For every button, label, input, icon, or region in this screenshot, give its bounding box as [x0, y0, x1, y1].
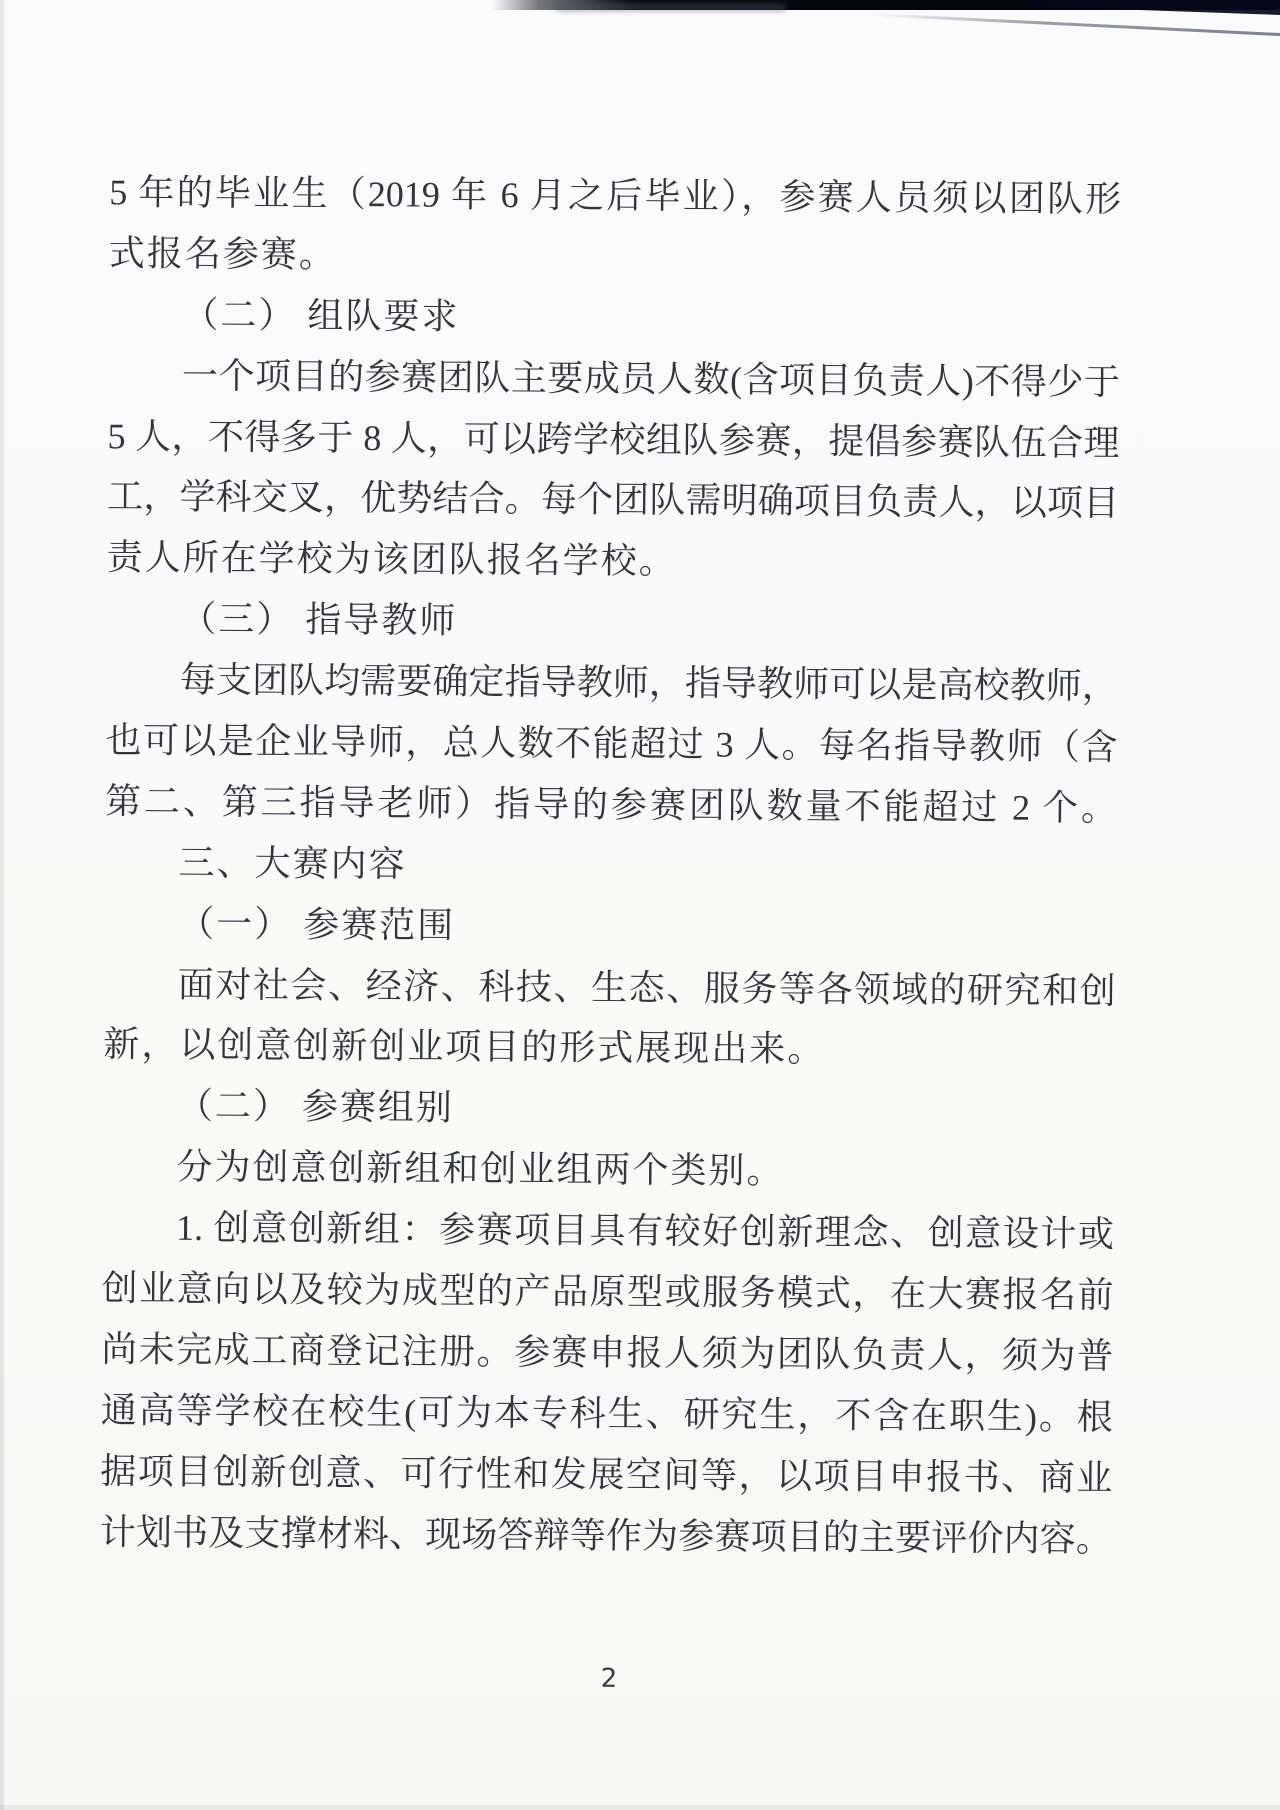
text-line: 计划书及支撑材料、现场答辩等作为参赛项目的主要评价内容。	[100, 1502, 1112, 1570]
document-body: 5 年的毕业生（2019 年 6 月之后毕业），参赛人员须以团队形式报名参赛。（…	[100, 162, 1122, 1570]
text-line: 尚未完成工商登记注册。参赛申报人须为团队负责人，须为普	[101, 1319, 1113, 1387]
scan-artifact-left-edge	[0, 0, 4, 1810]
text-line: 责人所在学校为该团队报名学校。	[107, 528, 1119, 596]
text-line: 5 年的毕业生（2019 年 6 月之后毕业），参赛人员须以团队形	[109, 162, 1121, 230]
text-line: 5 人，不得多于 8 人，可以跨学校组队参赛，提倡参赛队伍合理分	[107, 406, 1119, 474]
text-line: 一个项目的参赛团队主要成员人数(含项目负责人)不得少于	[108, 345, 1120, 413]
scanned-page: { "page": { "number": "2", "paper_color"…	[0, 0, 1280, 1810]
text-line: 创业意向以及较为成型的产品原型或服务模式，在大赛报名前	[101, 1258, 1113, 1326]
text-line: 据项目创新创意、可行性和发展空间等，以项目申报书、商业	[100, 1441, 1112, 1509]
text-line: （一） 参赛范围	[104, 893, 1116, 961]
text-line: 三、大赛内容	[104, 832, 1116, 900]
text-line: （二） 组队要求	[108, 284, 1120, 352]
page-number: 2	[0, 1660, 1223, 1699]
text-line: 1. 创意创新组：参赛项目具有较好创新理念、创意设计或	[102, 1197, 1114, 1265]
text-line: 新，以创意创新创业项目的形式展现出来。	[103, 1015, 1115, 1083]
text-line: 第二、第三指导老师）指导的参赛团队数量不能超过 2 个。	[105, 771, 1117, 839]
text-line: （二） 参赛组别	[103, 1076, 1115, 1144]
text-line: （三） 指导教师	[106, 589, 1118, 657]
text-line: 分为创意创新组和创业组两个类别。	[102, 1137, 1114, 1205]
text-line: 也可以是企业导师，总人数不能超过 3 人。每名指导教师（含	[105, 710, 1117, 778]
scan-artifact-bottom-edge	[0, 1805, 1280, 1810]
text-line: 式报名参赛。	[109, 223, 1121, 291]
text-line: 通高等学校在校生(可为本专科生、研究生，不含在职生)。根	[101, 1380, 1113, 1448]
text-line: 每支团队均需要确定指导教师，指导教师可以是高校教师，	[106, 649, 1118, 717]
text-line: 工，学科交叉，优势结合。每个团队需明确项目负责人，以项目负	[107, 467, 1119, 535]
scan-artifact-smudge	[556, 3, 786, 12]
page-sheet: 5 年的毕业生（2019 年 6 月之后毕业），参赛人员须以团队形式报名参赛。（…	[0, 0, 1280, 1810]
text-line: 面对社会、经济、科技、生态、服务等各领域的研究和创	[104, 954, 1116, 1022]
